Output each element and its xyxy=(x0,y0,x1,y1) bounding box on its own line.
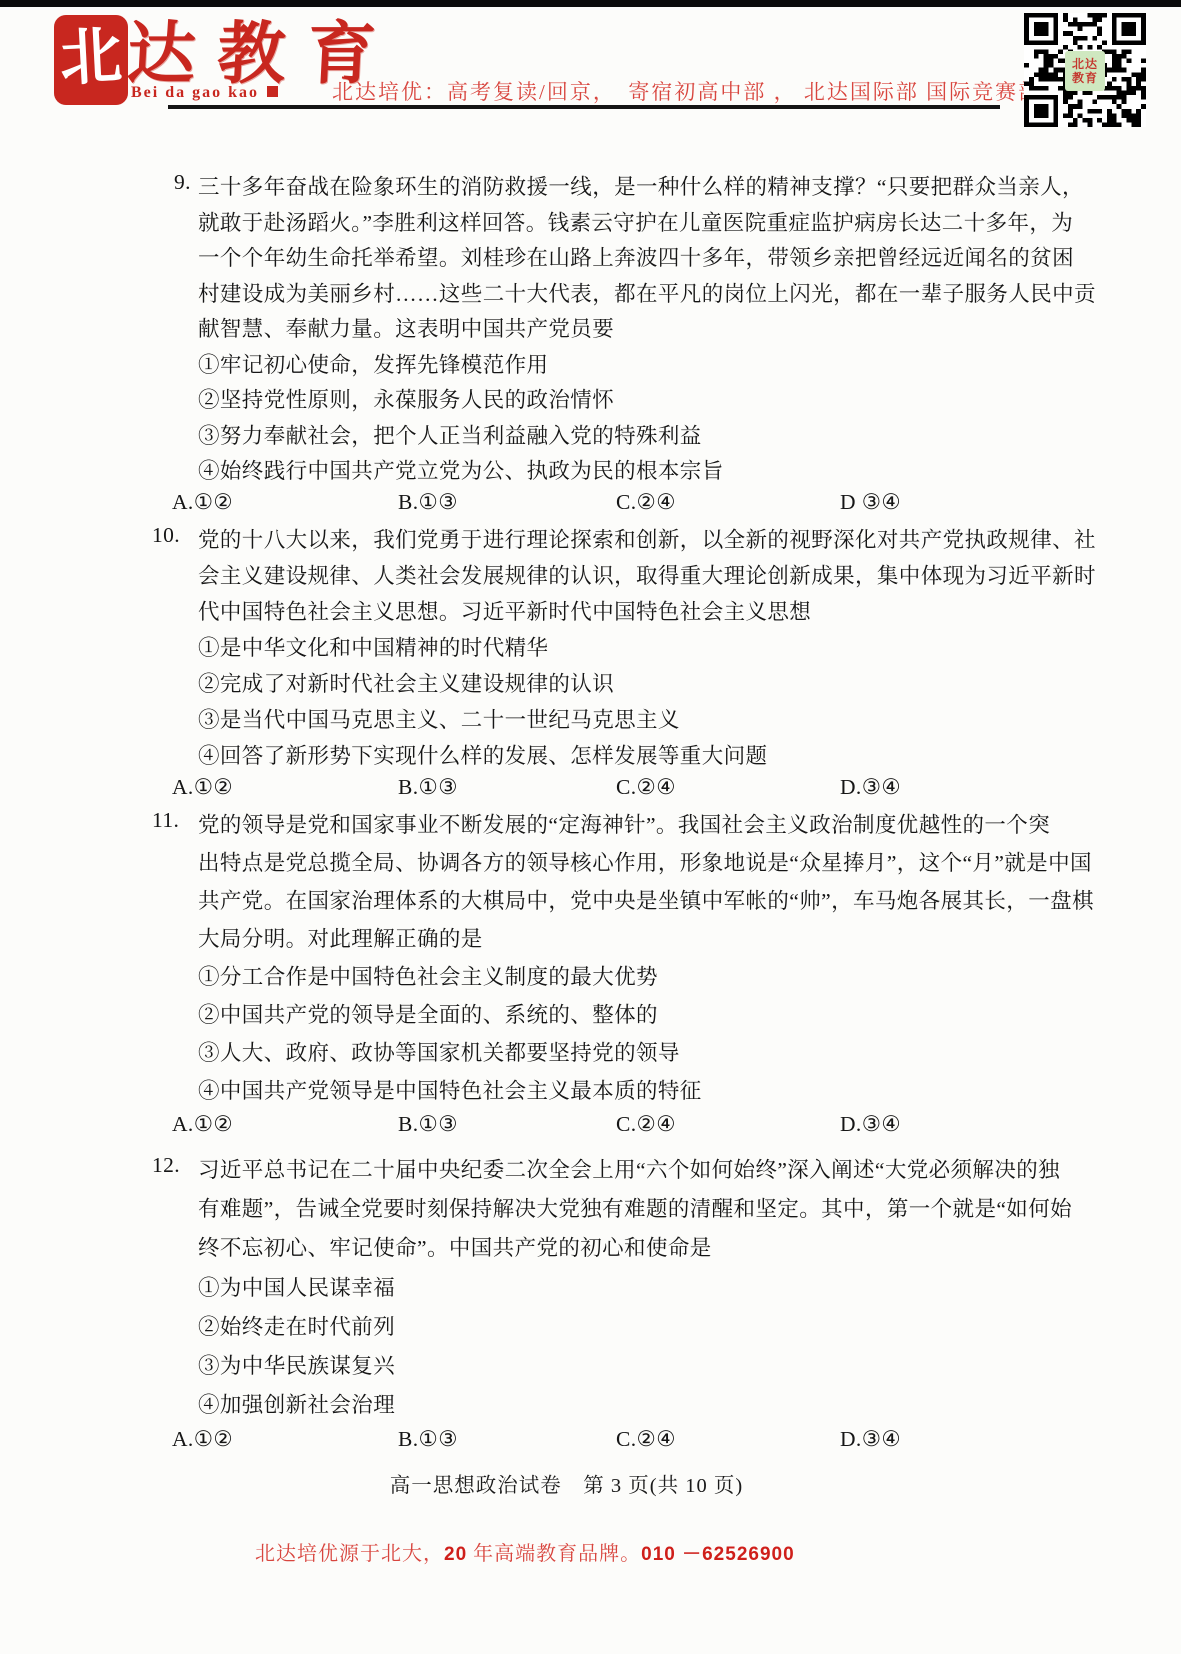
brand-footer: 北达培优源于北大，20 年高端教育品牌。010 －62526900 xyxy=(255,1537,795,1566)
stem-text: 习近平总书记在二十届中央纪委二次全会上用“六个如何始终”深入阐述“大党必须解决的… xyxy=(198,1158,1060,1182)
question-number: 12. xyxy=(152,1153,180,1178)
question-12: 12.习近平总书记在二十届中央纪委二次全会上用“六个如何始终”深入阐述“大党必须… xyxy=(0,1153,1181,1467)
option-line-3: ③为中华民族谋复兴 xyxy=(0,1349,1181,1388)
question-number: 10. xyxy=(152,523,180,548)
option-line-2: ②中国共产党的领导是全面的、系统的、整体的 xyxy=(0,998,1181,1036)
question-number: 11. xyxy=(152,808,179,833)
stem-line: 村建设成为美丽乡村……这些二十大代表，都在平凡的岗位上闪光，都在一辈子服务人民中… xyxy=(0,277,1181,313)
option-line-4: ④加强创新社会治理 xyxy=(0,1388,1181,1427)
answer-choices-row: A.①② B.①③ C.②④ D.③④ xyxy=(0,1427,1181,1466)
option-line-2: ②始终走在时代前列 xyxy=(0,1310,1181,1349)
stem-line: 12.习近平总书记在二十届中央纪委二次全会上用“六个如何始终”深入阐述“大党必须… xyxy=(0,1153,1181,1192)
brand-footer-text: 北达培优源于北大， xyxy=(255,1543,444,1565)
choice-d: D.③④ xyxy=(840,775,901,800)
stem-line: 10.党的十八大以来，我们党勇于进行理论探索和创新，以全新的视野深化对共产党执政… xyxy=(0,523,1181,559)
choice-c: C.②④ xyxy=(616,1427,676,1452)
option-line-1: ①是中华文化和中国精神的时代精华 xyxy=(0,631,1181,667)
choice-a: A.①② xyxy=(172,775,233,800)
header-tagline: 北达培优：高考复读/回京， 寄宿初高中部 ， 北达国际部 国际竞赛部 xyxy=(332,76,1041,106)
qr-code-label: 北达 教育 xyxy=(1065,51,1105,91)
stem-line: 出特点是党总揽全局、协调各方的领导核心作用，形象地说是“众星捧月”，这个“月”就… xyxy=(0,846,1181,884)
header-divider xyxy=(168,105,1000,109)
choice-c: C.②④ xyxy=(616,775,676,800)
answer-choices-row: A.①② B.①③ C.②④ D.③④ xyxy=(0,775,1181,811)
qr-code: 北达 教育 xyxy=(1024,13,1146,127)
qr-label-line2: 教育 xyxy=(1072,71,1098,85)
logo-square-icon xyxy=(267,86,278,97)
option-line-4: ④中国共产党领导是中国特色社会主义最本质的特征 xyxy=(0,1074,1181,1112)
stem-line: 9.三十多年奋战在险象环生的消防救援一线，是一种什么样的精神支撑？“只要把群众当… xyxy=(0,170,1181,206)
question-9: 9.三十多年奋战在险象环生的消防救援一线，是一种什么样的精神支撑？“只要把群众当… xyxy=(0,170,1181,525)
choice-d: D.③④ xyxy=(840,1112,901,1137)
logo-subtitle-text: Bei da gao kao xyxy=(131,84,259,101)
stem-line: 终不忘初心、牢记使命”。中国共产党的初心和使命是 xyxy=(0,1231,1181,1270)
page-number-footer: 高一思想政治试卷 第 3 页(共 10 页) xyxy=(0,1468,1157,1498)
brand-footer-text: 年高端教育品牌。 xyxy=(467,1543,641,1565)
stem-line: 就敢于赴汤蹈火。”李胜利这样回答。钱素云守护在儿童医院重症监护病房长达二十多年，… xyxy=(0,206,1181,242)
choice-b: B.①③ xyxy=(398,1427,458,1452)
stem-line: 共产党。在国家治理体系的大棋局中，党中央是坐镇中军帐的“帅”，车马炮各展其长，一… xyxy=(0,884,1181,922)
choice-b: B.①③ xyxy=(398,1112,458,1137)
answer-choices-row: A.①② B.①③ C.②④ D ③④ xyxy=(0,490,1181,526)
option-line-3: ③人大、政府、政协等国家机关都要坚持党的领导 xyxy=(0,1036,1181,1074)
stem-text: 党的十八大以来，我们党勇于进行理论探索和创新，以全新的视野深化对共产党执政规律、… xyxy=(198,528,1096,552)
choice-d: D.③④ xyxy=(840,1427,901,1452)
option-line-1: ①分工合作是中国特色社会主义制度的最大优势 xyxy=(0,960,1181,998)
option-line-2: ②坚持党性原则，永葆服务人民的政治情怀 xyxy=(0,383,1181,419)
stem-line: 会主义建设规律、人类社会发展规律的认识，取得重大理论创新成果，集中体现为习近平新… xyxy=(0,559,1181,595)
question-number: 9. xyxy=(174,170,191,195)
option-line-3: ③是当代中国马克思主义、二十一世纪马克思主义 xyxy=(0,703,1181,739)
choice-a: A.①② xyxy=(172,1112,233,1137)
logo-seal: 北 xyxy=(54,15,128,105)
stem-line: 11.党的领导是党和国家事业不断发展的“定海神针”。我国社会主义政治制度优越性的… xyxy=(0,808,1181,846)
exam-page-scan: 北 达教育 Bei da gao kao 北达培优：高考复读/回京， 寄宿初高中… xyxy=(0,0,1181,1654)
option-line-3: ③努力奉献社会，把个人正当利益融入党的特殊利益 xyxy=(0,419,1181,455)
stem-line: 一个个年幼生命托举希望。刘桂珍在山路上奔波四十多年，带领乡亲把曾经远近闻名的贫困 xyxy=(0,241,1181,277)
option-line-1: ①为中国人民谋幸福 xyxy=(0,1271,1181,1310)
choice-b: B.①③ xyxy=(398,775,458,800)
stem-text: 党的领导是党和国家事业不断发展的“定海神针”。我国社会主义政治制度优越性的一个突 xyxy=(198,813,1050,837)
option-line-4: ④回答了新形势下实现什么样的发展、怎样发展等重大问题 xyxy=(0,739,1181,775)
stem-line: 有难题”，告诫全党要时刻保持解决大党独有难题的清醒和坚定。其中，第一个就是“如何… xyxy=(0,1192,1181,1231)
answer-choices-row: A.①② B.①③ C.②④ D.③④ xyxy=(0,1112,1181,1150)
stem-line: 大局分明。对此理解正确的是 xyxy=(0,922,1181,960)
question-10: 10.党的十八大以来，我们党勇于进行理论探索和创新，以全新的视野深化对共产党执政… xyxy=(0,523,1181,811)
choice-a: A.①② xyxy=(172,490,233,515)
logo-subtitle: Bei da gao kao xyxy=(131,84,278,102)
choice-c: C.②④ xyxy=(616,490,676,515)
option-line-2: ②完成了对新时代社会主义建设规律的认识 xyxy=(0,667,1181,703)
option-line-1: ①牢记初心使命，发挥先锋模范作用 xyxy=(0,348,1181,384)
qr-label-line1: 北达 xyxy=(1072,57,1098,71)
option-line-4: ④始终践行中国共产党立党为公、执政为民的根本宗旨 xyxy=(0,454,1181,490)
question-11: 11.党的领导是党和国家事业不断发展的“定海神针”。我国社会主义政治制度优越性的… xyxy=(0,808,1181,1150)
stem-text: 三十多年奋战在险象环生的消防救援一线，是一种什么样的精神支撑？“只要把群众当亲人… xyxy=(198,175,1084,199)
brand-footer-years: 20 xyxy=(444,1544,467,1565)
choice-b: B.①③ xyxy=(398,490,458,515)
logo-brand-text: 达教育 xyxy=(126,0,401,86)
phone-number: 010 －62526900 xyxy=(641,1544,795,1565)
logo-seal-character: 北 xyxy=(58,25,123,90)
choice-c: C.②④ xyxy=(616,1112,676,1137)
stem-line: 献智慧、奉献力量。这表明中国共产党员要 xyxy=(0,312,1181,348)
choice-d: D ③④ xyxy=(840,490,901,515)
stem-line: 代中国特色社会主义思想。习近平新时代中国特色社会主义思想 xyxy=(0,595,1181,631)
choice-a: A.①② xyxy=(172,1427,233,1452)
